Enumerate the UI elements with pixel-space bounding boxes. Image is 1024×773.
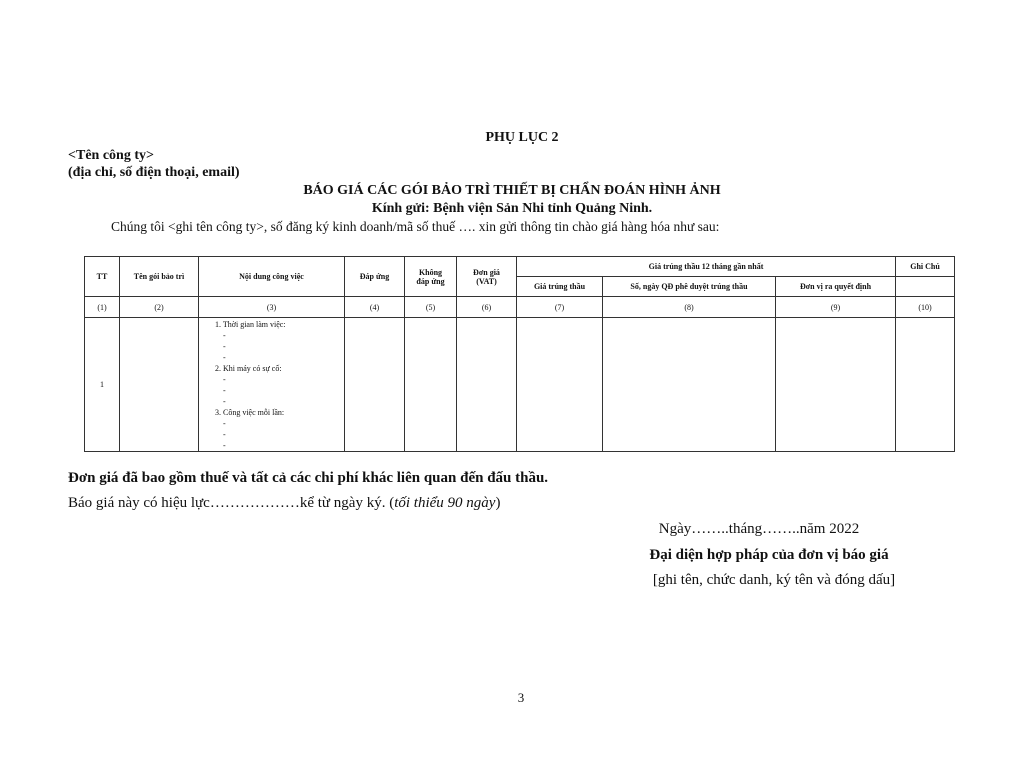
row-not-meets[interactable] [405, 318, 457, 452]
content-heading: 2. Khi máy có sự cố: [215, 363, 344, 374]
row-decision-unit[interactable] [776, 318, 896, 452]
content-item: - [215, 374, 344, 385]
content-item: - [215, 429, 344, 440]
header-not-meets-line2: đáp ứng [416, 277, 444, 286]
quotation-table: TT Tên gói bảo trì Nội dung công việc Đá… [84, 256, 955, 452]
header-decision-number: Số, ngày QĐ phê duyệt trúng thầu [603, 277, 776, 297]
index-cell: (5) [405, 297, 457, 318]
index-cell: (8) [603, 297, 776, 318]
recipient-line: Kính gửi: Bệnh viện Sản Nhi tỉnh Quảng N… [0, 201, 1024, 217]
content-item: - [215, 385, 344, 396]
validity-minimum: tối thiểu 90 ngày [394, 495, 495, 511]
header-tt: TT [85, 257, 120, 297]
header-decision-unit: Đơn vị ra quyết định [776, 277, 896, 297]
content-heading: 3. Công việc mỗi lần: [215, 407, 344, 418]
header-not-meets: Khôngđáp ứng [405, 257, 457, 297]
header-unit-price: Đơn giá(VAT) [457, 257, 517, 297]
content-item: - [215, 341, 344, 352]
header-winning-bid-group: Giá trúng thầu 12 tháng gần nhất [517, 257, 896, 277]
appendix-label: PHỤ LỤC 2 [0, 130, 1024, 146]
header-package-name: Tên gói bảo trì [120, 257, 199, 297]
table-row: 1 1. Thời gian làm việc: - - - 2. Khi má… [85, 318, 955, 452]
representative-label: Đại diện hợp pháp của đơn vị báo giá [632, 547, 906, 564]
signature-instruction: [ghi tên, chức danh, ký tên và đóng dấu] [632, 572, 916, 589]
index-cell: (3) [199, 297, 345, 318]
index-cell: (6) [457, 297, 517, 318]
row-work-content[interactable]: 1. Thời gian làm việc: - - - 2. Khi máy … [199, 318, 345, 452]
row-decision-number[interactable] [603, 318, 776, 452]
index-cell: (1) [85, 297, 120, 318]
content-item: - [215, 440, 344, 451]
row-meets[interactable] [345, 318, 405, 452]
validity-suffix: ) [495, 495, 500, 511]
content-item: - [215, 418, 344, 429]
company-placeholder: <Tên công ty> [68, 148, 154, 164]
header-work-content: Nội dung công việc [199, 257, 345, 297]
header-note: Ghi Chú [896, 257, 955, 277]
index-cell: (10) [896, 297, 955, 318]
content-item: - [215, 352, 344, 363]
header-winning-price: Giá trúng thầu [517, 277, 603, 297]
contact-placeholder: (địa chỉ, số điện thoại, email) [68, 165, 240, 181]
header-note-empty [896, 277, 955, 297]
header-meets: Đáp ứng [345, 257, 405, 297]
row-note[interactable] [896, 318, 955, 452]
row-unit-price[interactable] [457, 318, 517, 452]
header-unit-price-line2: (VAT) [476, 277, 497, 286]
document-title: BÁO GIÁ CÁC GÓI BẢO TRÌ THIẾT BỊ CHẨN ĐO… [0, 183, 1024, 199]
content-item: - [215, 330, 344, 341]
header-not-meets-line1: Không [419, 268, 442, 277]
content-heading: 1. Thời gian làm việc: [215, 319, 344, 330]
row-package-name[interactable] [120, 318, 199, 452]
row-winning-price[interactable] [517, 318, 603, 452]
index-cell: (2) [120, 297, 199, 318]
index-cell: (9) [776, 297, 896, 318]
price-note: Đơn giá đã bao gồm thuế và tất cả các ch… [68, 470, 548, 487]
index-row: (1) (2) (3) (4) (5) (6) (7) (8) (9) (10) [85, 297, 955, 318]
validity-prefix: Báo giá này có hiệu lực………………kể từ ngày … [68, 495, 394, 511]
intro-paragraph: Chúng tôi <ghi tên công ty>, số đăng ký … [111, 219, 719, 235]
page-number: 3 [0, 690, 1024, 706]
date-line: Ngày……..tháng……..năm 2022 [632, 521, 886, 538]
validity-note: Báo giá này có hiệu lực………………kể từ ngày … [68, 495, 500, 512]
row-tt: 1 [85, 318, 120, 452]
index-cell: (7) [517, 297, 603, 318]
content-item: - [215, 396, 344, 407]
index-cell: (4) [345, 297, 405, 318]
header-unit-price-line1: Đơn giá [473, 268, 500, 277]
